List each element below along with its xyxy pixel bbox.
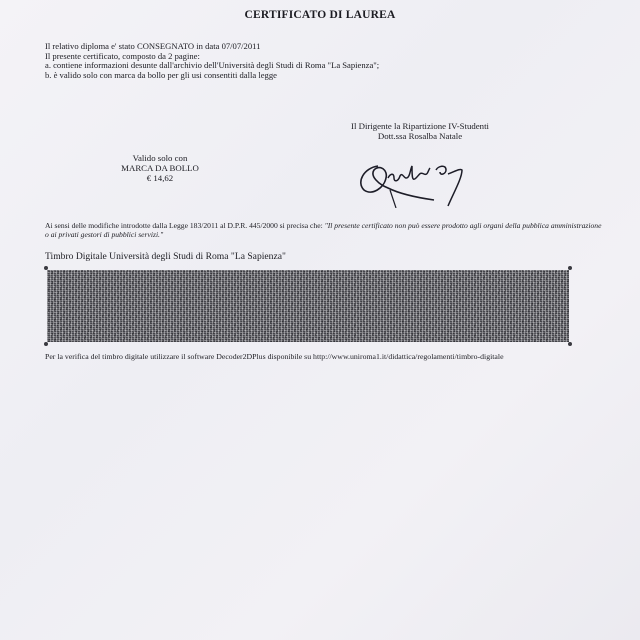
verification-note: Per la verifica del timbro digitale util… bbox=[45, 352, 504, 361]
corner-marker-icon bbox=[568, 342, 572, 346]
signer-block: Il Dirigente la Ripartizione IV-Studenti… bbox=[320, 122, 520, 141]
digital-stamp-frame bbox=[44, 266, 572, 346]
signer-name: Dott.ssa Rosalba Natale bbox=[320, 132, 520, 142]
stamp-note-line2: MARCA DA BOLLO bbox=[80, 163, 240, 173]
digital-stamp-label: Timbro Digitale Università degli Studi d… bbox=[45, 251, 286, 262]
legal-notice: Ai sensi delle modifiche introdotte dall… bbox=[45, 221, 605, 240]
corner-marker-icon bbox=[44, 342, 48, 346]
intro-paragraph: Il relativo diploma e' stato CONSEGNATO … bbox=[45, 42, 379, 80]
stamp-note-line1: Valido solo con bbox=[80, 153, 240, 163]
certificate-page: CERTIFICATO DI LAUREA Il relativo diplom… bbox=[0, 0, 640, 640]
stamp-amount: € 14,62 bbox=[80, 173, 240, 183]
revenue-stamp-note: Valido solo con MARCA DA BOLLO € 14,62 bbox=[80, 153, 240, 183]
barcode-2d-icon bbox=[47, 270, 569, 342]
signature-icon bbox=[350, 148, 490, 208]
intro-line: b. è valido solo con marca da bollo per … bbox=[45, 71, 379, 81]
document-title: CERTIFICATO DI LAUREA bbox=[0, 9, 640, 21]
legal-notice-text: Ai sensi delle modifiche introdotte dall… bbox=[45, 221, 325, 230]
